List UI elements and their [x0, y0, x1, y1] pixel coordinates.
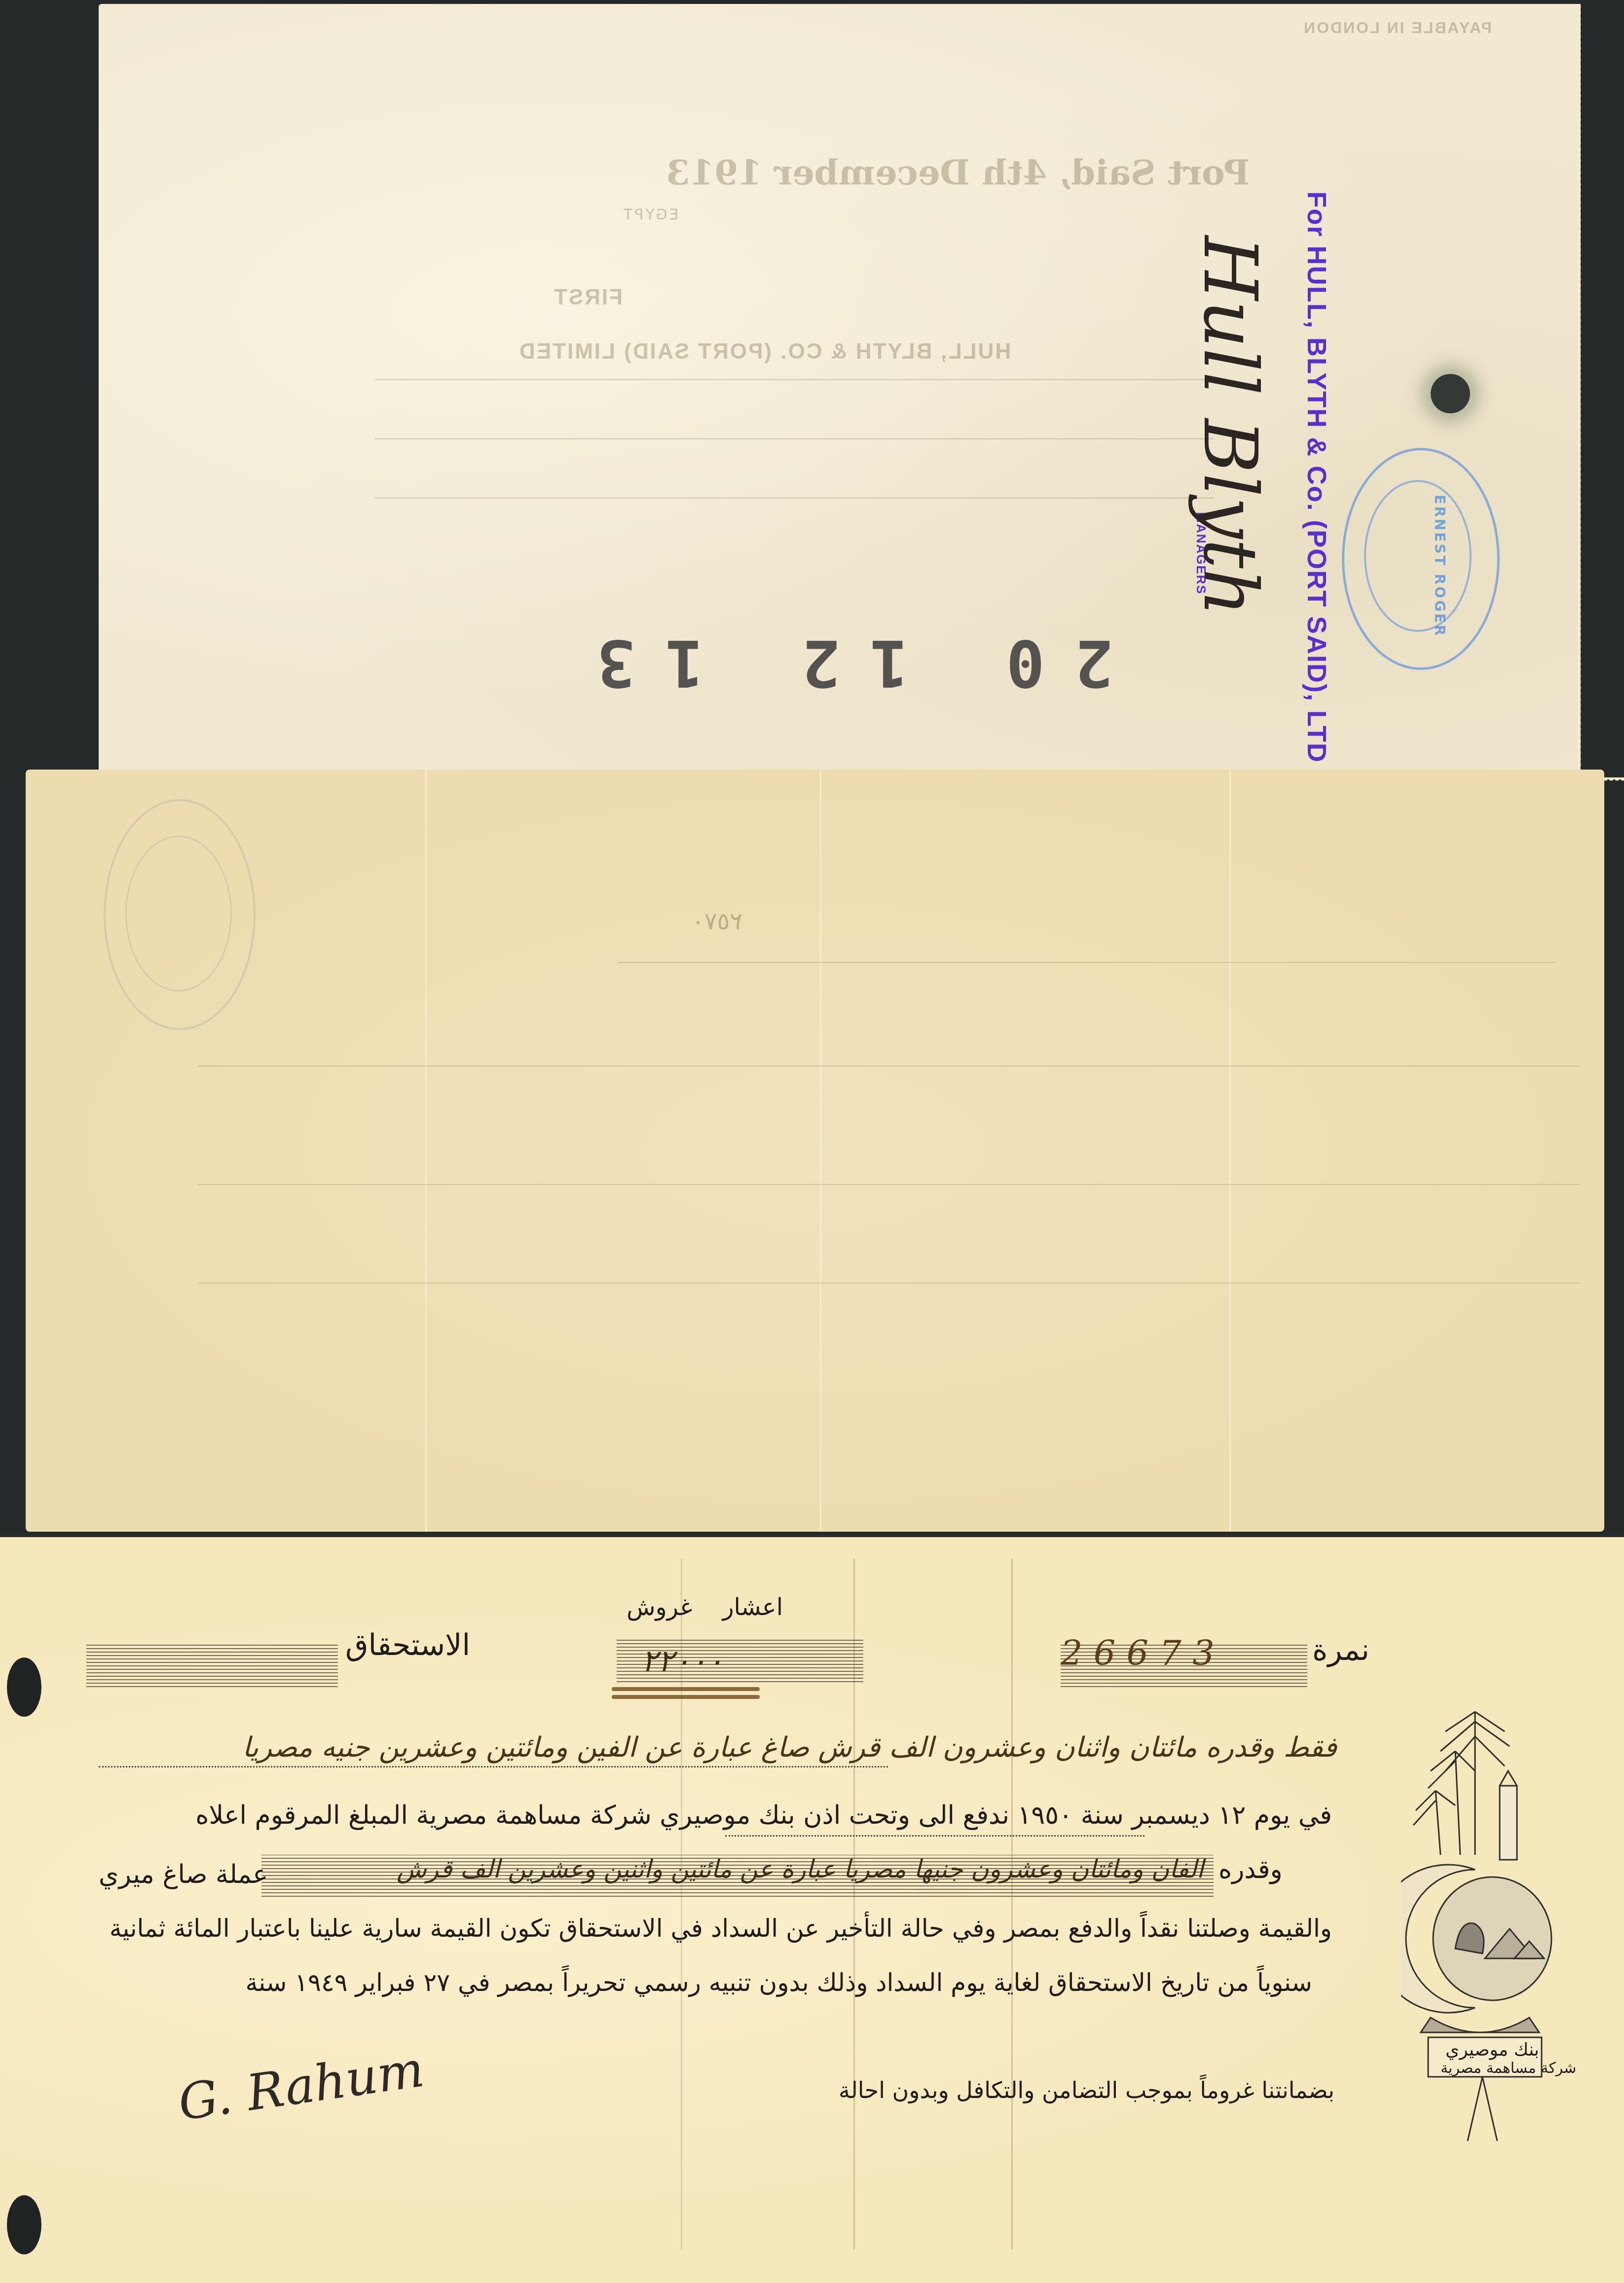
- amount-in-words-handwritten: الفان ومائتان وعشرون جنيها مصريا عبارة ع…: [266, 1855, 1204, 1883]
- punch-hole: [7, 2195, 41, 2254]
- vertical-handwriting: [681, 1559, 682, 2249]
- perfin-date: 20 12 13: [567, 626, 1113, 700]
- vertical-handwriting: [1011, 1559, 1013, 2249]
- fold-line: [820, 770, 821, 1532]
- ghost-line: [198, 1164, 1580, 1185]
- dotted-line: [725, 1835, 1144, 1837]
- payee-ghost-text: HULL, BLYTH & CO. (PORT SAID) LIMITED: [518, 339, 1011, 364]
- ghost-line: [375, 438, 1214, 440]
- body-line-3-suffix: عملة صاغ ميري: [99, 1860, 268, 1889]
- bill-number: 2 6 6 7 3: [1061, 1633, 1215, 1673]
- fold-line: [1229, 770, 1231, 1532]
- first-of-exchange-ghost: FIRST: [553, 285, 623, 310]
- punch-hole: [7, 1657, 41, 1717]
- body-line-2: في يوم ١٢ ديسمبر سنة ١٩٥٠ ندفع الى وتحت …: [99, 1801, 1332, 1830]
- body-line-3-prefix: وقدره: [1218, 1855, 1283, 1884]
- cheque-hull-blyth: PAYABLE IN LONDON Port Said, 4th Decembe…: [99, 4, 1624, 778]
- oval-stamp-text: ERNEST ROGER: [1432, 495, 1448, 637]
- oval-stamp: ERNEST ROGER: [1342, 448, 1500, 670]
- body-line-5: سنوياً من تاريخ الاستحقاق لغاية يوم السد…: [118, 1968, 1312, 1997]
- ghost-line: [375, 379, 1214, 380]
- body-line-4: والقيمة وصلتنا نقداً والدفع بمصر وفي حال…: [99, 1914, 1332, 1943]
- header-ghost-text: PAYABLE IN LONDON: [1302, 19, 1492, 37]
- punch-hole: [1431, 374, 1470, 413]
- bank-vignette: بنك موصيري شركة مساهمة مصرية: [1401, 1692, 1564, 2185]
- amount-underline: [612, 1687, 760, 1691]
- ghost-line: [198, 1046, 1580, 1067]
- palm-sphinx-pyramids-icon: [1401, 1692, 1564, 2185]
- ghost-line: [198, 1263, 1580, 1284]
- place-date-ghost-text: Port Said, 4th December 1913: [666, 152, 1250, 193]
- ghost-line: [375, 497, 1214, 499]
- vertical-handwriting: [853, 1559, 855, 2249]
- amount-piastres: ٢٢٠٠٠: [641, 1643, 724, 1679]
- arabic-cheque-reverse: ٢٥٧٠: [26, 770, 1604, 1532]
- background-edge: [1581, 4, 1624, 778]
- due-label: الاستحقاق: [345, 1628, 470, 1662]
- ghost-line: [618, 942, 1555, 963]
- decimals-label: اعشار غروش: [627, 1593, 783, 1621]
- perforated-edge: [1578, 4, 1584, 778]
- signature: Hull Blyth: [1187, 236, 1273, 616]
- amount-underline: [612, 1695, 760, 1699]
- dotted-line: [99, 1766, 888, 1767]
- bank-name: بنك موصيري: [1445, 2040, 1539, 2060]
- fold-line: [425, 770, 427, 1532]
- country-ghost-text: EGYPT: [622, 206, 678, 223]
- company-stamp: For HULL, BLYTH & Co. (PORT SAID), LTD: [1301, 191, 1332, 763]
- guarantee-clause: بضمانتنا غروماً بموجب التضامن والتكافل و…: [839, 2077, 1334, 2103]
- number-label: نمرة: [1312, 1633, 1369, 1667]
- ghost-number: ٢٥٧٠: [692, 908, 742, 935]
- bank-subtitle: شركة مساهمة مصرية: [1440, 2060, 1576, 2077]
- watermark-rosette: [104, 799, 256, 1030]
- amount-in-words: فقط وقدره مائتان واثنان وعشرون الف قرش ص…: [74, 1731, 1337, 1764]
- due-date-field-background: [86, 1643, 338, 1687]
